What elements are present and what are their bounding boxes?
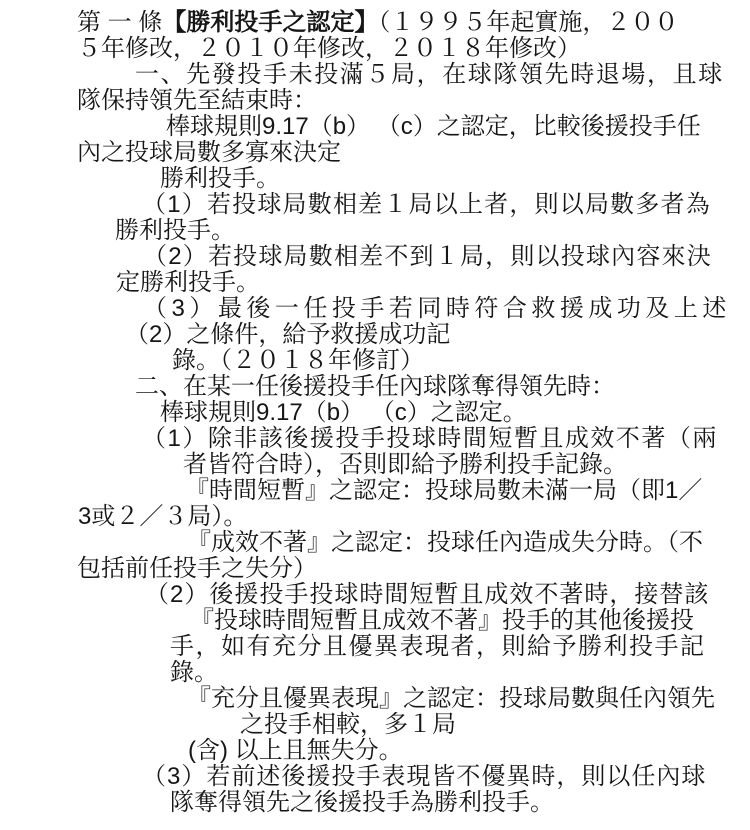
text-segment: 『時間短暫』之認定：投球局數未滿一局（即1／	[185, 477, 702, 504]
text-line: 手，如有充分且優異表現者，則給予勝利投手記	[0, 634, 750, 660]
text-segment: 手，如有充分且優異表現者，則給予勝利投手記	[170, 633, 706, 660]
text-line: （3）最後一任投手若同時符合救援成功及上述	[0, 296, 750, 322]
text-segment: （1）若投球局數相差１局以上者，則以局數多者為	[142, 191, 711, 218]
text-segment: 棒球規則9.17（b） （c）之認定，比較後援投手任	[166, 113, 701, 140]
text-segment: 勝利投手。	[115, 217, 235, 244]
text-line: （2）後援投手投球時間短暫且成效不著時，接替該	[0, 582, 750, 608]
text-line: 『投球時間短暫且成效不著』投手的其他後援投	[0, 608, 750, 634]
text-segment: 第 一 條	[77, 9, 162, 36]
text-line: 內之投球局數多寡來決定	[0, 140, 750, 166]
text-segment: 錄。（２０１８年修訂）	[172, 347, 424, 374]
text-segment: 包括前任投手之失分）	[77, 555, 317, 582]
text-line: 勝利投手。	[0, 166, 750, 192]
text-segment: 『投球時間短暫且成效不著』投手的其他後援投	[190, 607, 694, 634]
text-line: 錄。（２０１８年修訂）	[0, 348, 750, 374]
text-line: 棒球規則9.17（b） （c）之認定。	[0, 400, 750, 426]
text-line: 隊奪得領先之後援投手為勝利投手。	[0, 790, 750, 816]
text-segment: ５年修改，２０１０年修改，２０１８年修改）	[77, 35, 581, 62]
text-line: 包括前任投手之失分）	[0, 556, 750, 582]
text-line: 二、在某一任後援投手任內球隊奪得領先時：	[0, 374, 750, 400]
text-line: (含) 以上且無失分。	[0, 738, 750, 764]
text-segment: （3）若前述後援投手表現皆不優異時，則以任內球	[142, 763, 706, 790]
text-line: 隊保持領先至結束時：	[0, 88, 750, 114]
text-line: 棒球規則9.17（b） （c）之認定，比較後援投手任	[0, 114, 750, 140]
text-segment: 二、在某一任後援投手任內球隊奪得領先時：	[135, 373, 615, 400]
text-line: 『充分且優異表現』之認定：投球局數與任內領先	[0, 686, 750, 712]
text-line: 定勝利投手。	[0, 270, 750, 296]
text-segment: （１９９５年起實施，２００	[378, 9, 678, 36]
page: { "page": { "background_color": "#ffffff…	[0, 0, 750, 830]
text-segment: 定勝利投手。	[116, 269, 260, 296]
text-segment: 內之投球局數多寡來決定	[77, 139, 341, 166]
text-segment: (含) 以上且無失分。	[188, 737, 403, 764]
text-segment: 之投手相較，多１局	[240, 711, 456, 738]
rule-document: 第 一 條【勝利投手之認定】（１９９５年起實施，２００５年修改，２０１０年修改，…	[0, 0, 750, 830]
text-line: （1）若投球局數相差１局以上者，則以局數多者為	[0, 192, 750, 218]
text-line: （2）之條件，給予救援成功記	[0, 322, 750, 348]
text-line: 者皆符合時），否則即給予勝利投手記錄。	[0, 452, 750, 478]
text-segment: 勝利投手。	[160, 165, 280, 192]
text-line: 錄。	[0, 660, 750, 686]
text-line: 『時間短暫』之認定：投球局數未滿一局（即1／	[0, 478, 750, 504]
text-line: 一、先發投手未投滿５局，在球隊領先時退場，且球	[0, 62, 750, 88]
text-line: （2）若投球局數相差不到１局，則以投球內容來決	[0, 244, 750, 270]
text-line: 勝利投手。	[0, 218, 750, 244]
text-line: 之投手相較，多１局	[0, 712, 750, 738]
text-segment: （2）之條件，給予救援成功記	[125, 321, 450, 348]
article-title: 【勝利投手之認定】	[162, 9, 378, 36]
text-segment: 『成效不著』之認定：投球任內造成失分時。（不	[187, 529, 703, 556]
text-line: ５年修改，２０１０年修改，２０１８年修改）	[0, 36, 750, 62]
text-segment: 3或２／３局）。	[78, 503, 247, 530]
text-segment: 一、先發投手未投滿５局，在球隊領先時退場，且球	[135, 61, 724, 88]
text-segment: 『充分且優異表現』之認定：投球局數與任內領先	[187, 685, 715, 712]
text-segment: 者皆符合時），否則即給予勝利投手記錄。	[183, 451, 627, 478]
text-segment: （2）後援投手投球時間短暫且成效不著時，接替該	[145, 581, 709, 608]
text-line: （1）除非該後援投手投球時間短暫且成效不著（兩	[0, 426, 750, 452]
text-segment: 隊奪得領先之後援投手為勝利投手。	[170, 789, 554, 816]
text-segment: （3）最後一任投手若同時符合救援成功及上述	[143, 295, 731, 322]
text-line: 3或２／３局）。	[0, 504, 750, 530]
text-segment: （1）除非該後援投手投球時間短暫且成效不著（兩	[142, 425, 718, 452]
text-line: 『成效不著』之認定：投球任內造成失分時。（不	[0, 530, 750, 556]
text-line: 第 一 條【勝利投手之認定】（１９９５年起實施，２００	[0, 10, 750, 36]
text-segment: 錄。	[170, 659, 218, 686]
text-segment: 棒球規則9.17（b） （c）之認定。	[160, 399, 527, 426]
text-segment: 隊保持領先至結束時：	[77, 87, 317, 114]
text-line: （3）若前述後援投手表現皆不優異時，則以任內球	[0, 764, 750, 790]
text-segment: （2）若投球局數相差不到１局，則以投球內容來決	[143, 243, 712, 270]
